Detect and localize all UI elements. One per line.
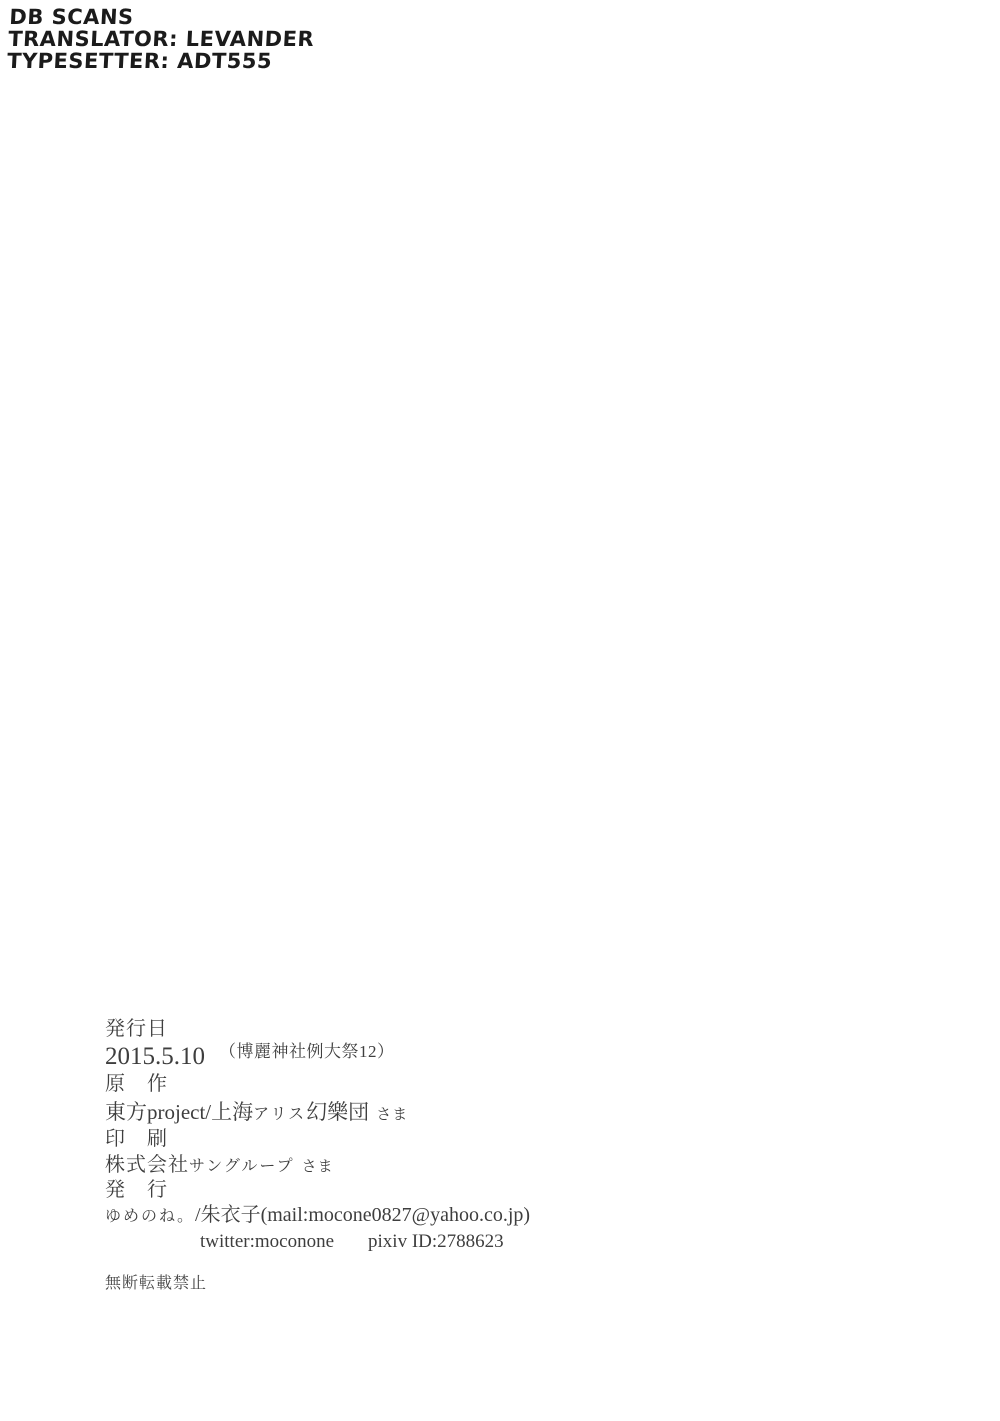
original-work-line: 東方project/上海アリス幻樂団さま: [105, 1098, 530, 1126]
contacts-line: twitter:mocononepixiv ID:2788623: [105, 1229, 530, 1254]
pixiv-contact: pixiv ID:2788623: [368, 1231, 504, 1252]
scanlation-credits: DB SCANS TRANSLATOR: LEVANDER TYPESETTER…: [7, 6, 316, 72]
printer-kana: サングループ: [189, 1158, 295, 1175]
translator-credit: TRANSLATOR: LEVANDER: [8, 28, 315, 50]
original-work-post: 幻樂団: [306, 1100, 369, 1124]
printer-name: 株式会社: [105, 1154, 189, 1176]
scanlation-group: DB SCANS: [9, 6, 316, 28]
publication-date: 2015.5.10: [105, 1043, 205, 1070]
printing-label: 印 刷: [105, 1126, 530, 1153]
original-work-pre: 東方project/上海: [105, 1100, 253, 1124]
doujin-credits-page: DB SCANS TRANSLATOR: LEVANDER TYPESETTER…: [0, 0, 1000, 1421]
original-work-label: 原 作: [105, 1071, 530, 1098]
publisher-label: 発 行: [105, 1178, 530, 1202]
publisher-name: /朱衣子: [195, 1204, 261, 1226]
twitter-contact: twitter:moconone: [200, 1231, 334, 1252]
publication-date-label: 発行日: [105, 1016, 530, 1042]
original-work-honorific: さま: [376, 1107, 408, 1123]
colophon: 発行日 2015.5.10（博麗神社例大祭12） 原 作 東方project/上…: [105, 1016, 530, 1293]
original-work-kana: アリス: [253, 1106, 306, 1123]
typesetter-credit: TYPESETTER: ADT555: [7, 50, 314, 72]
reproduction-notice: 無断転載禁止: [105, 1270, 530, 1293]
publisher-line: ゆめのね。/朱衣子(mail:mocone0827@yahoo.co.jp): [105, 1202, 530, 1229]
printer-line: 株式会社サングループさま: [105, 1153, 530, 1178]
publisher-circle: ゆめのね。: [105, 1208, 195, 1225]
printer-honorific: さま: [302, 1159, 334, 1175]
publication-date-line: 2015.5.10（博麗神社例大祭12）: [105, 1042, 530, 1071]
event-name: （博麗神社例大祭12）: [219, 1042, 395, 1061]
publisher-mail: (mail:mocone0827@yahoo.co.jp): [261, 1204, 530, 1226]
